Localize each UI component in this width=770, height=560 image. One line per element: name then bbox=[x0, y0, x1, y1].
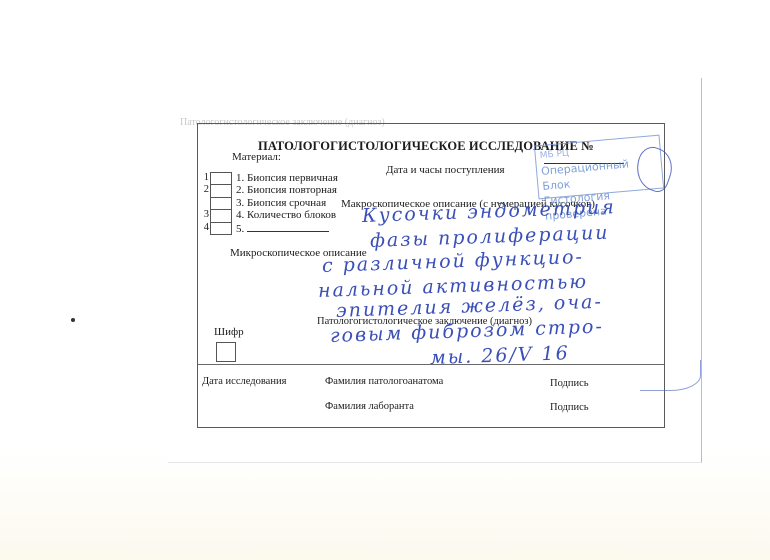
material-checkbox-column bbox=[210, 172, 232, 235]
cipher-label: Шифр bbox=[214, 326, 244, 338]
ink-dot bbox=[71, 318, 75, 322]
signature-tail-stroke bbox=[640, 360, 701, 391]
material-number-column: 1 2 3 4 bbox=[199, 172, 209, 234]
material-option: 3. Биопсия срочная bbox=[236, 197, 338, 209]
material-checkbox[interactable] bbox=[211, 173, 231, 185]
material-number: 3 bbox=[199, 209, 209, 221]
material-options: 1. Биопсия первичная 2. Биопсия повторна… bbox=[236, 172, 338, 235]
cipher-box[interactable] bbox=[216, 342, 236, 362]
date-received-label: Дата и часы поступления bbox=[386, 164, 505, 176]
lab-assistant-label: Фамилия лаборанта bbox=[325, 401, 414, 412]
material-option-other: 5. bbox=[236, 222, 338, 235]
study-date-label: Дата исследования bbox=[202, 376, 286, 387]
lab-assistant-signature-label: Подпись bbox=[550, 402, 589, 413]
material-checkbox[interactable] bbox=[211, 210, 231, 222]
pathologist-signature-label: Подпись bbox=[550, 378, 589, 389]
material-checkbox[interactable] bbox=[211, 185, 231, 197]
material-label: Материал: bbox=[232, 151, 281, 163]
material-number: 4 bbox=[199, 222, 209, 234]
pathologist-label: Фамилия патологоанатома bbox=[325, 376, 443, 387]
material-number bbox=[199, 197, 209, 209]
material-option: 2. Биопсия повторная bbox=[236, 184, 338, 196]
material-number: 1 bbox=[199, 172, 209, 184]
material-option: 1. Биопсия первичная bbox=[236, 172, 338, 184]
material-option: 4. Количество блоков bbox=[236, 209, 338, 221]
material-checkbox[interactable] bbox=[211, 223, 231, 235]
material-checkbox[interactable] bbox=[211, 198, 231, 210]
material-number: 2 bbox=[199, 184, 209, 196]
